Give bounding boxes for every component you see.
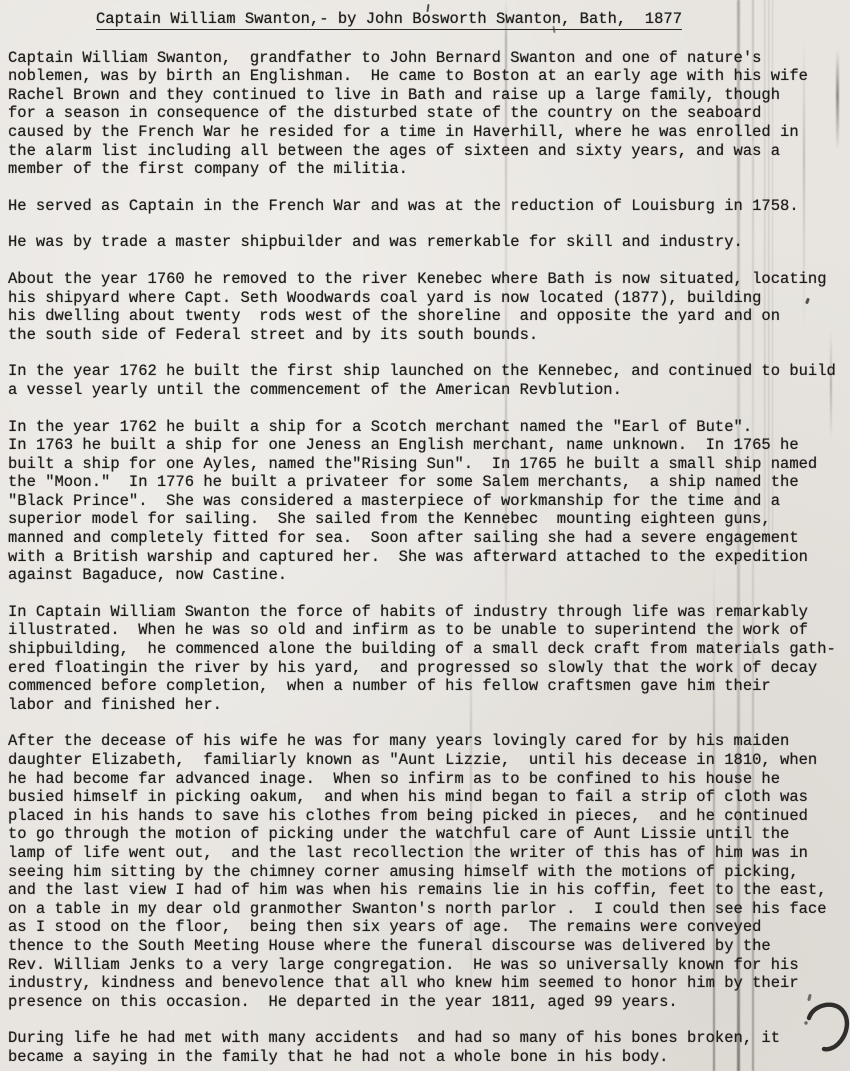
paragraph-french-war: He served as Captain in the French War a… xyxy=(8,197,850,216)
paragraph-habits-of-industry: In Captain William Swanton the force of … xyxy=(8,603,850,715)
document-page: Captain William Swanton,- by John Boswor… xyxy=(0,0,850,1071)
document-title: Captain William Swanton,- by John Boswor… xyxy=(96,10,850,29)
paragraph-accidents: During life he had met with many acciden… xyxy=(8,1029,850,1066)
scanned-document: { "page": { "title": "Captain William Sw… xyxy=(0,0,850,1071)
paragraph-ships-built: In the year 1762 he built a ship for a S… xyxy=(8,418,850,585)
paragraph-trade: He was by trade a master shipbuilder and… xyxy=(8,233,850,252)
paragraph-removal-to-kenebec: About the year 1760 he removed to the ri… xyxy=(8,270,850,344)
paragraph-first-ship: In the year 1762 he built the first ship… xyxy=(8,362,850,399)
document-title-text: Captain William Swanton,- by John Boswor… xyxy=(96,10,682,30)
paragraph-later-life: After the decease of his wife he was for… xyxy=(8,732,850,1011)
paragraph-biography-intro: Captain William Swanton, grandfather to … xyxy=(8,49,850,179)
